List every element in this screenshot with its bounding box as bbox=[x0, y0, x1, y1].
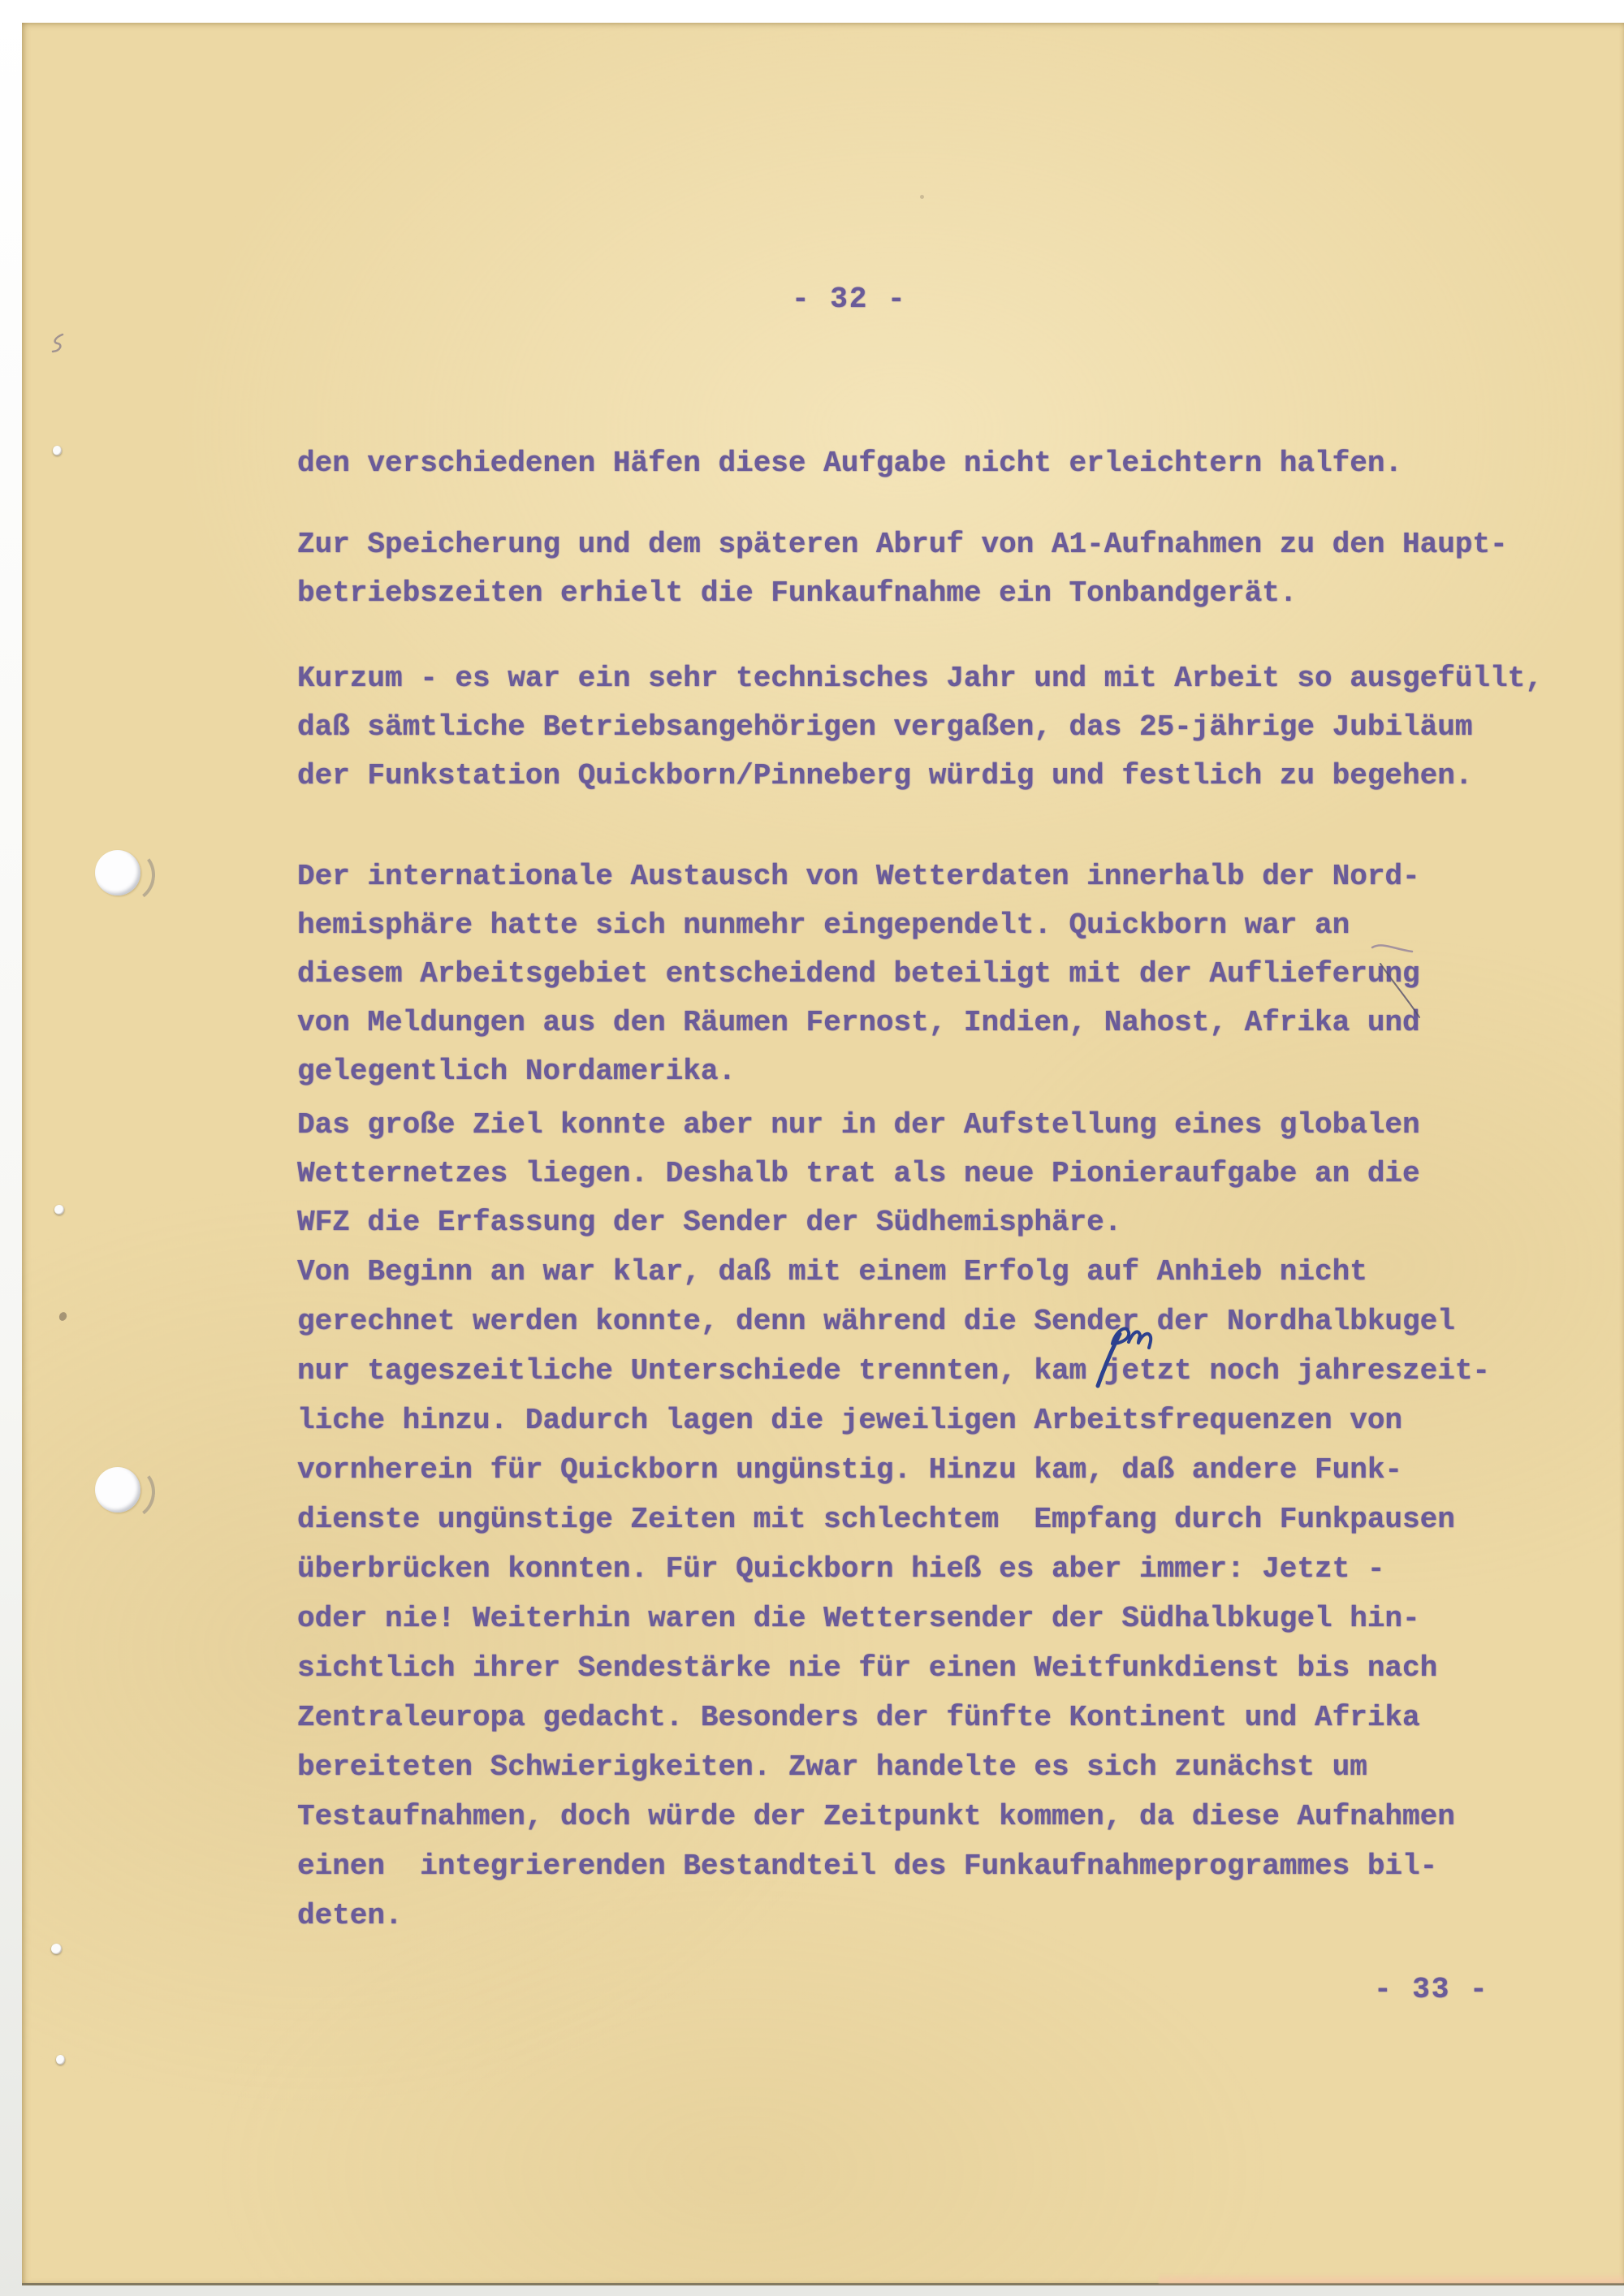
text-line: gelegentlich Nordamerika. bbox=[297, 1047, 1420, 1096]
text-line: daß sämtliche Betriebsangehörigen vergaß… bbox=[297, 703, 1543, 752]
text-line: bereiteten Schwierigkeiten. Zwar handelt… bbox=[297, 1742, 1490, 1792]
paragraph-3: Kurzum - es war ein sehr technisches Jah… bbox=[297, 654, 1543, 801]
text-line: den verschiedenen Häfen diese Aufgabe ni… bbox=[297, 439, 1402, 488]
text-line: der Funkstation Quickborn/Pinneberg würd… bbox=[297, 752, 1543, 801]
text-line: vornherein für Quickborn ungünstig. Hinz… bbox=[297, 1445, 1490, 1495]
paper-speck bbox=[56, 2055, 65, 2065]
text-line: gerechnet werden konnte, denn während di… bbox=[297, 1297, 1490, 1346]
text-line: Zur Speicherung und dem späteren Abruf v… bbox=[297, 520, 1508, 569]
paper-speck bbox=[58, 1311, 68, 1323]
paragraph-5: Das große Ziel konnte aber nur in der Au… bbox=[297, 1101, 1420, 1247]
paper-sheet: - 32 - den verschiedenen Häfen diese Auf… bbox=[22, 23, 1624, 2285]
hole-punch-top bbox=[95, 850, 140, 896]
handwritten-insertion-en bbox=[1061, 1301, 1167, 1399]
text-line: überbrücken konnten. Für Quickborn hieß … bbox=[297, 1544, 1490, 1594]
paper-speck bbox=[51, 1944, 62, 1954]
paragraph-4: Der internationale Austausch von Wetterd… bbox=[297, 852, 1420, 1096]
hole-punch-bottom bbox=[95, 1467, 140, 1513]
text-line: einen integrierenden Bestandteil des Fun… bbox=[297, 1841, 1490, 1891]
pen-checkmark bbox=[1362, 936, 1451, 1042]
text-line: Testaufnahmen, doch würde der Zeitpunkt … bbox=[297, 1792, 1490, 1841]
scan-edge-glow bbox=[1159, 2273, 1624, 2283]
text-line: hemisphäre hatte sich nunmehr eingepende… bbox=[297, 901, 1420, 950]
text-line: Das große Ziel konnte aber nur in der Au… bbox=[297, 1101, 1420, 1150]
text-line: Der internationale Austausch von Wetterd… bbox=[297, 852, 1420, 901]
paper-speck bbox=[920, 195, 924, 199]
text-line: WFZ die Erfassung der Sender der Südhemi… bbox=[297, 1198, 1420, 1247]
page-number-bottom: - 33 - bbox=[1374, 1973, 1489, 2006]
text-line: liche hinzu. Dadurch lagen die jeweilige… bbox=[297, 1396, 1490, 1445]
text-line: Wetternetzes liegen. Deshalb trat als ne… bbox=[297, 1150, 1420, 1198]
text-line: sichtlich ihrer Sendestärke nie für eine… bbox=[297, 1643, 1490, 1693]
text-line: Zentraleuropa gedacht. Besonders der fün… bbox=[297, 1693, 1490, 1742]
text-line: Kurzum - es war ein sehr technisches Jah… bbox=[297, 654, 1543, 703]
page-number-top: - 32 - bbox=[792, 283, 907, 316]
text-line: betriebszeiten erhielt die Funkaufnahme … bbox=[297, 569, 1508, 618]
text-line: oder nie! Weiterhin waren die Wettersend… bbox=[297, 1594, 1490, 1643]
text-line: dienste ungünstige Zeiten mit schlechtem… bbox=[297, 1495, 1490, 1544]
paragraph-1: den verschiedenen Häfen diese Aufgabe ni… bbox=[297, 439, 1402, 488]
text-line: deten. bbox=[297, 1891, 1490, 1940]
paragraph-6: Von Beginn an war klar, daß mit einem Er… bbox=[297, 1247, 1490, 1940]
paper-speck bbox=[53, 446, 62, 455]
text-line: diesem Arbeitsgebiet entscheidend beteil… bbox=[297, 950, 1420, 999]
text-line: von Meldungen aus den Räumen Fernost, In… bbox=[297, 999, 1420, 1047]
paragraph-2: Zur Speicherung und dem späteren Abruf v… bbox=[297, 520, 1508, 618]
paper-speck bbox=[54, 1205, 64, 1215]
margin-squiggle bbox=[46, 331, 71, 356]
text-line: nur tageszeitliche Unterschiede trennten… bbox=[297, 1346, 1490, 1396]
text-line: Von Beginn an war klar, daß mit einem Er… bbox=[297, 1247, 1490, 1297]
